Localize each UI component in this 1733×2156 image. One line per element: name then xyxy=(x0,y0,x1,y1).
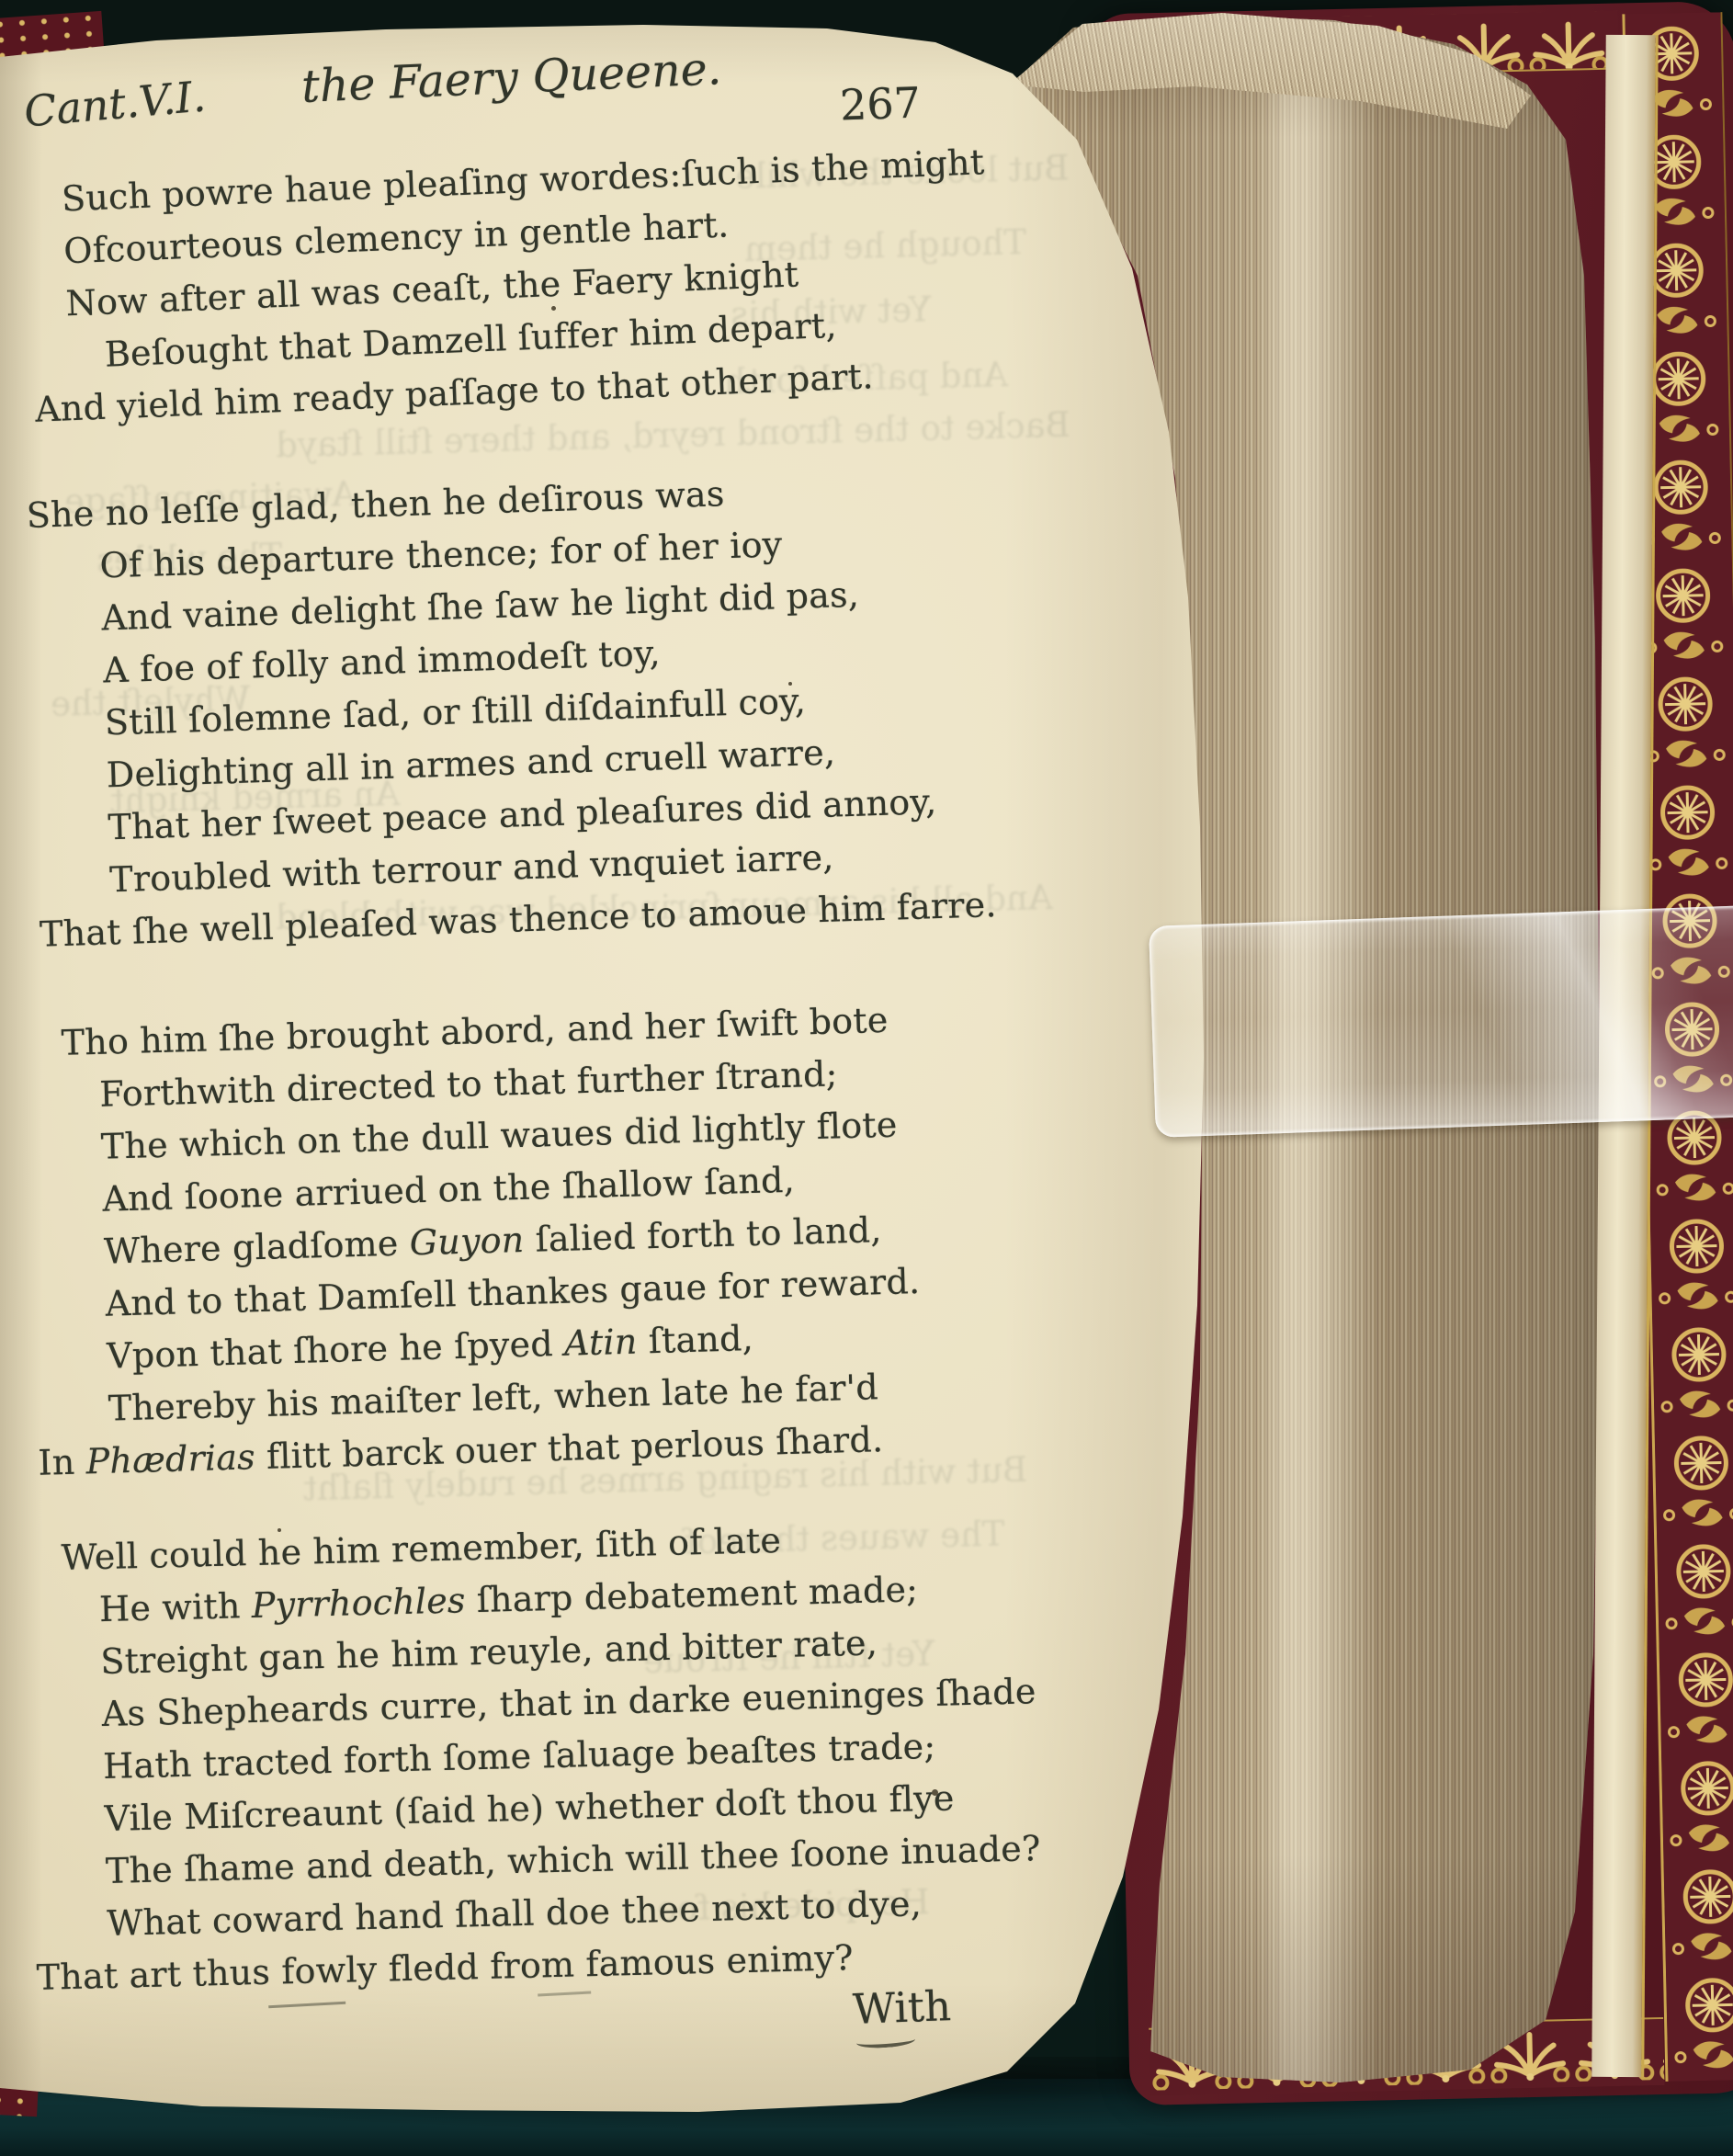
paper-speck xyxy=(278,1528,281,1532)
paper-speck xyxy=(932,1789,938,1796)
photo-of-open-book: But looke the while Though he them Yet w… xyxy=(0,0,1733,2156)
stanza: Tho him ſhe brought abord, and her ſwift… xyxy=(26,991,1013,1489)
stanza: Such powre haue pleaſing wordes:ſuch is … xyxy=(26,135,1010,436)
page-number: 267 xyxy=(839,77,922,130)
stanza: Well could he him remember, ſith of late… xyxy=(26,1509,1011,2004)
catchword: With xyxy=(852,1981,952,2034)
plastic-page-holder-strip xyxy=(1149,905,1733,1138)
paper-speck xyxy=(551,306,556,311)
stanza: She no leſſe glad, then he deſirous was … xyxy=(26,460,1014,961)
paper-speck xyxy=(788,682,792,686)
